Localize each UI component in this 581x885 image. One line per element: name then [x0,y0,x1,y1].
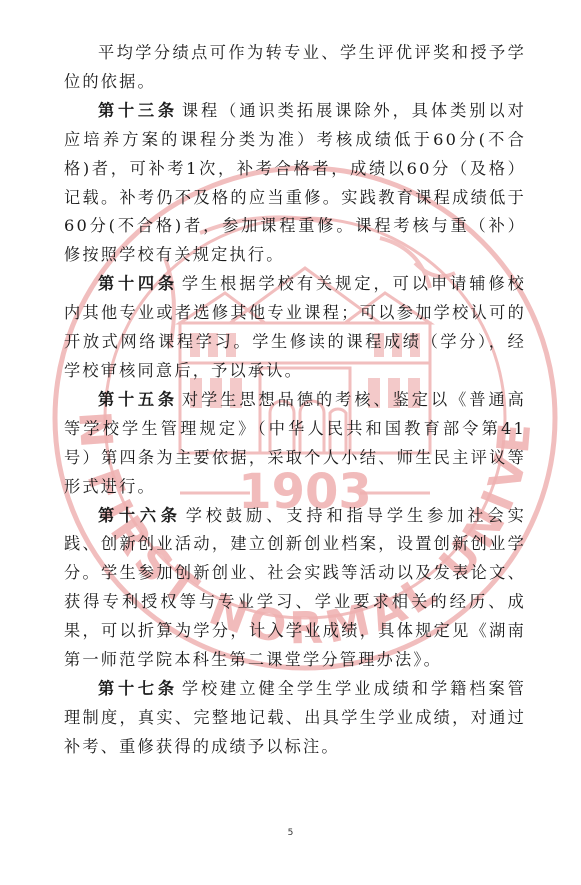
paragraph-text: 平均学分绩点可作为转专业、学生评优评奖和授予学位的依据。 [64,43,526,91]
paragraph-text: 学校鼓励、支持和指导学生参加社会实践、创新创业活动，建立创新创业档案，设置创新创… [64,506,526,670]
article-heading: 第十六条 [98,506,182,525]
article-14: 第十四条学生根据学校有关规定，可以申请辅修校内其他专业或者选修其他专业课程；可以… [64,270,526,386]
article-17: 第十七条学校建立健全学生学业成绩和学籍档案管理制度，真实、完整地记载、出具学生学… [64,675,526,762]
article-heading: 第十四条 [98,274,178,293]
article-heading: 第十五条 [98,390,178,409]
document-page: 平均学分绩点可作为转专业、学生评优评奖和授予学位的依据。 第十三条课程（通识类拓… [64,39,526,762]
article-heading: 第十七条 [98,679,178,698]
article-16: 第十六条学校鼓励、支持和指导学生参加社会实践、创新创业活动，建立创新创业档案，设… [64,502,526,675]
article-13: 第十三条课程（通识类拓展课除外，具体类别以对应培养方案的课程分类为准）考核成绩低… [64,97,526,270]
paragraph-0: 平均学分绩点可作为转专业、学生评优评奖和授予学位的依据。 [64,39,526,97]
article-heading: 第十三条 [98,101,178,120]
page-number: 5 [0,828,581,838]
paragraph-text: 课程（通识类拓展课除外，具体类别以对应培养方案的课程分类为准）考核成绩低于60分… [64,101,526,265]
article-15: 第十五条对学生思想品德的考核、鉴定以《普通高等学校学生管理规定》（中华人民共和国… [64,386,526,502]
